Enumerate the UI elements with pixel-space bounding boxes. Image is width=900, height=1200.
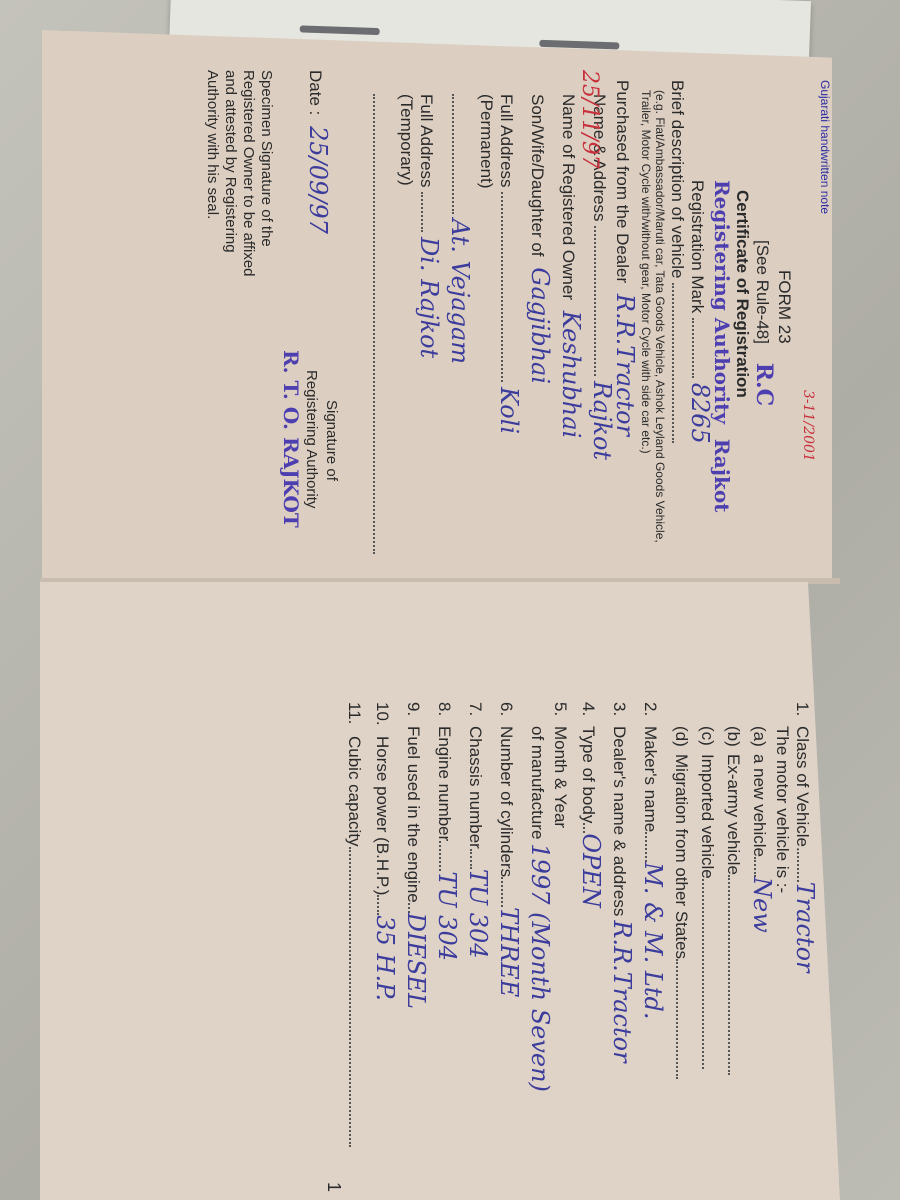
item-row: (b)Ex-army vehicle [723,726,743,1200]
item-row: (d)Migration from other States [671,726,691,1200]
item-row: 10.Horse power (B.H.P.)35 H.P. [372,702,395,1200]
certificate-text-block: Gujarati handwritten note 3-11/2001 FORM… [203,70,832,582]
rule-reference: [See Rule-48] R.C [752,240,774,582]
name-address-value: Rajkot [588,381,616,460]
item-row: of manufacture1997 (Month Seven) [527,726,550,1200]
brief-description-row: Brief description of vehicle [667,80,687,582]
item-row: 2.Maker's nameM. & M. Ltd. [640,702,663,1200]
permanent-address-value: At. Vejagam [446,219,474,364]
staple-icon [300,25,380,35]
gujarati-note: Gujarati handwritten note [818,80,832,582]
detailed-description-page: Detailed Description 1.Class of Vehicle.… [40,582,840,1200]
specimen-text-3: and attested by Registering [221,70,239,582]
relation-value-2: Koli [495,387,523,434]
date-value: 25/09/97 [304,126,332,234]
brief-description-hint: (e.g. Fiat/Ambassador/Maruti car, Tata G… [639,90,667,570]
office-stamp: Rajkot [710,439,734,513]
dealer-row: Purchased from the Dealer R.R.Tractor [612,80,635,582]
item-row: 6.Number of cylindersTHREE [496,702,519,1200]
signature-label-2: Registering Authority [301,370,321,582]
permanent-address-value-row: At. Vejagam [447,94,470,582]
item-row: (c)Imported vehicle [697,726,717,1200]
relation-row: Son/Wife/Daughter of Gagjibhai [527,94,550,582]
form-number: FORM 23 [774,270,794,582]
item-row: 9.Fuel used in the engineDIESEL [403,702,426,1200]
permanent-address-row: Full Address Koli [496,94,519,582]
item-row: The motor vehicle is :- [772,726,792,1200]
item-row: 11.Cubic capacity [344,702,364,1200]
owner-value: Keshubhai [557,311,585,439]
item-row: 8.Engine numberTU 304 [434,702,457,1200]
certificate-title: Certificate of Registration [732,190,752,582]
rc-stamp: R.C [751,363,777,406]
item-row: 3.Dealer's name & addressR.R.Tractor [609,702,632,1200]
temporary-address-row: Full Address Di. Rajkot [416,94,439,582]
item-row: 7.Chassis numberTU 304 [465,702,488,1200]
red-annotation: 25/11/97 [577,70,602,169]
certificate-page: Gujarati handwritten note 3-11/2001 FORM… [42,30,832,582]
specimen-text-4: Authority with his seal. [203,70,221,582]
rto-stamp: R. T. O. RAJKOT [281,350,301,582]
specimen-text-1: Specimen Signature of the [257,70,275,582]
page-number: 1 [324,1182,344,1200]
temporary-address-value: Di. Rajkot [415,237,443,358]
relation-value: Gagjibhai [526,267,554,384]
signature-label: Signature of [321,400,341,582]
description-text-block: Detailed Description 1.Class of Vehicle.… [324,702,840,1200]
item-row: 4.Type of bodyOPEN [578,702,601,1200]
temporary-address-sub: (Temporary) [396,94,416,582]
registration-mark-row: Registration Mark 8265 [687,180,710,582]
note-date: 3-11/2001 [798,390,818,582]
permanent-address-sub: (Permanent) [476,94,496,582]
specimen-text-2: Registered Owner to be affixed [239,70,257,582]
registration-mark-value: 8265 [686,383,714,444]
item-row: 1.Class of Vehicle.Tractor [792,702,815,1200]
item-row: (a)a new vehicleNew [749,726,772,1200]
